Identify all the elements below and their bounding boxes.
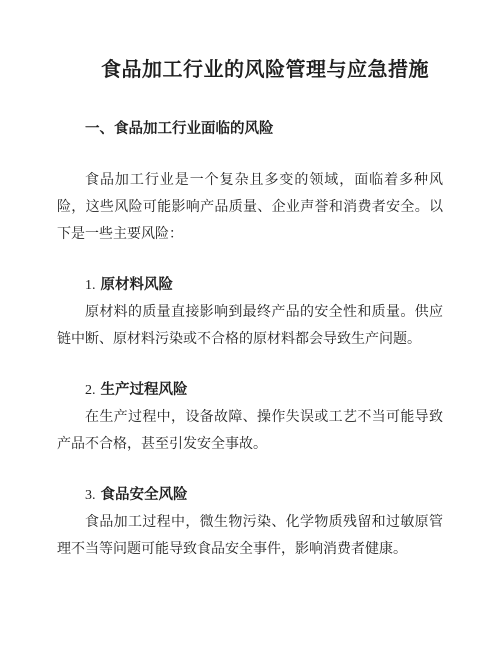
subsection-2-title: 生产过程风险 xyxy=(101,382,188,398)
subsection-production-process: 2.生产过程风险 在生产过程中，设备故障、操作失误或工艺不当可能导致产品不合格，… xyxy=(57,377,443,458)
intro-paragraph: 食品加工行业是一个复杂且多变的领域，面临着多种风险，这些风险可能影响产品质量、企… xyxy=(57,167,443,248)
subsection-1-number: 1. xyxy=(85,278,96,293)
subsection-3-title: 食品安全风险 xyxy=(101,487,188,503)
document-title: 食品加工行业的风险管理与应急措施 xyxy=(57,54,443,86)
subsection-3-number: 3. xyxy=(85,488,96,503)
section-heading: 一、食品加工行业面临的风险 xyxy=(57,116,443,143)
subsection-1-heading: 1.原材料风险 xyxy=(57,272,443,299)
subsection-2-heading: 2.生产过程风险 xyxy=(57,377,443,404)
subsection-2-number: 2. xyxy=(85,383,96,398)
subsection-food-safety: 3.食品安全风险 食品加工过程中，微生物污染、化学物质残留和过敏原管理不当等问题… xyxy=(57,482,443,563)
subsection-raw-materials: 1.原材料风险 原材料的质量直接影响到最终产品的安全性和质量。供应链中断、原材料… xyxy=(57,272,443,353)
subsection-1-title: 原材料风险 xyxy=(101,277,174,293)
subsection-3-heading: 3.食品安全风险 xyxy=(57,482,443,509)
subsection-2-body: 在生产过程中，设备故障、操作失误或工艺不当可能导致产品不合格，甚至引发安全事故。 xyxy=(57,404,443,458)
subsection-1-body: 原材料的质量直接影响到最终产品的安全性和质量。供应链中断、原材料污染或不合格的原… xyxy=(57,299,443,353)
document-content: 食品加工行业的风险管理与应急措施 一、食品加工行业面临的风险 食品加工行业是一个… xyxy=(0,54,500,563)
document-page: 食品加工行业的风险管理与应急措施 一、食品加工行业面临的风险 食品加工行业是一个… xyxy=(0,0,500,647)
subsection-3-body: 食品加工过程中，微生物污染、化学物质残留和过敏原管理不当等问题可能导致食品安全事… xyxy=(57,509,443,563)
